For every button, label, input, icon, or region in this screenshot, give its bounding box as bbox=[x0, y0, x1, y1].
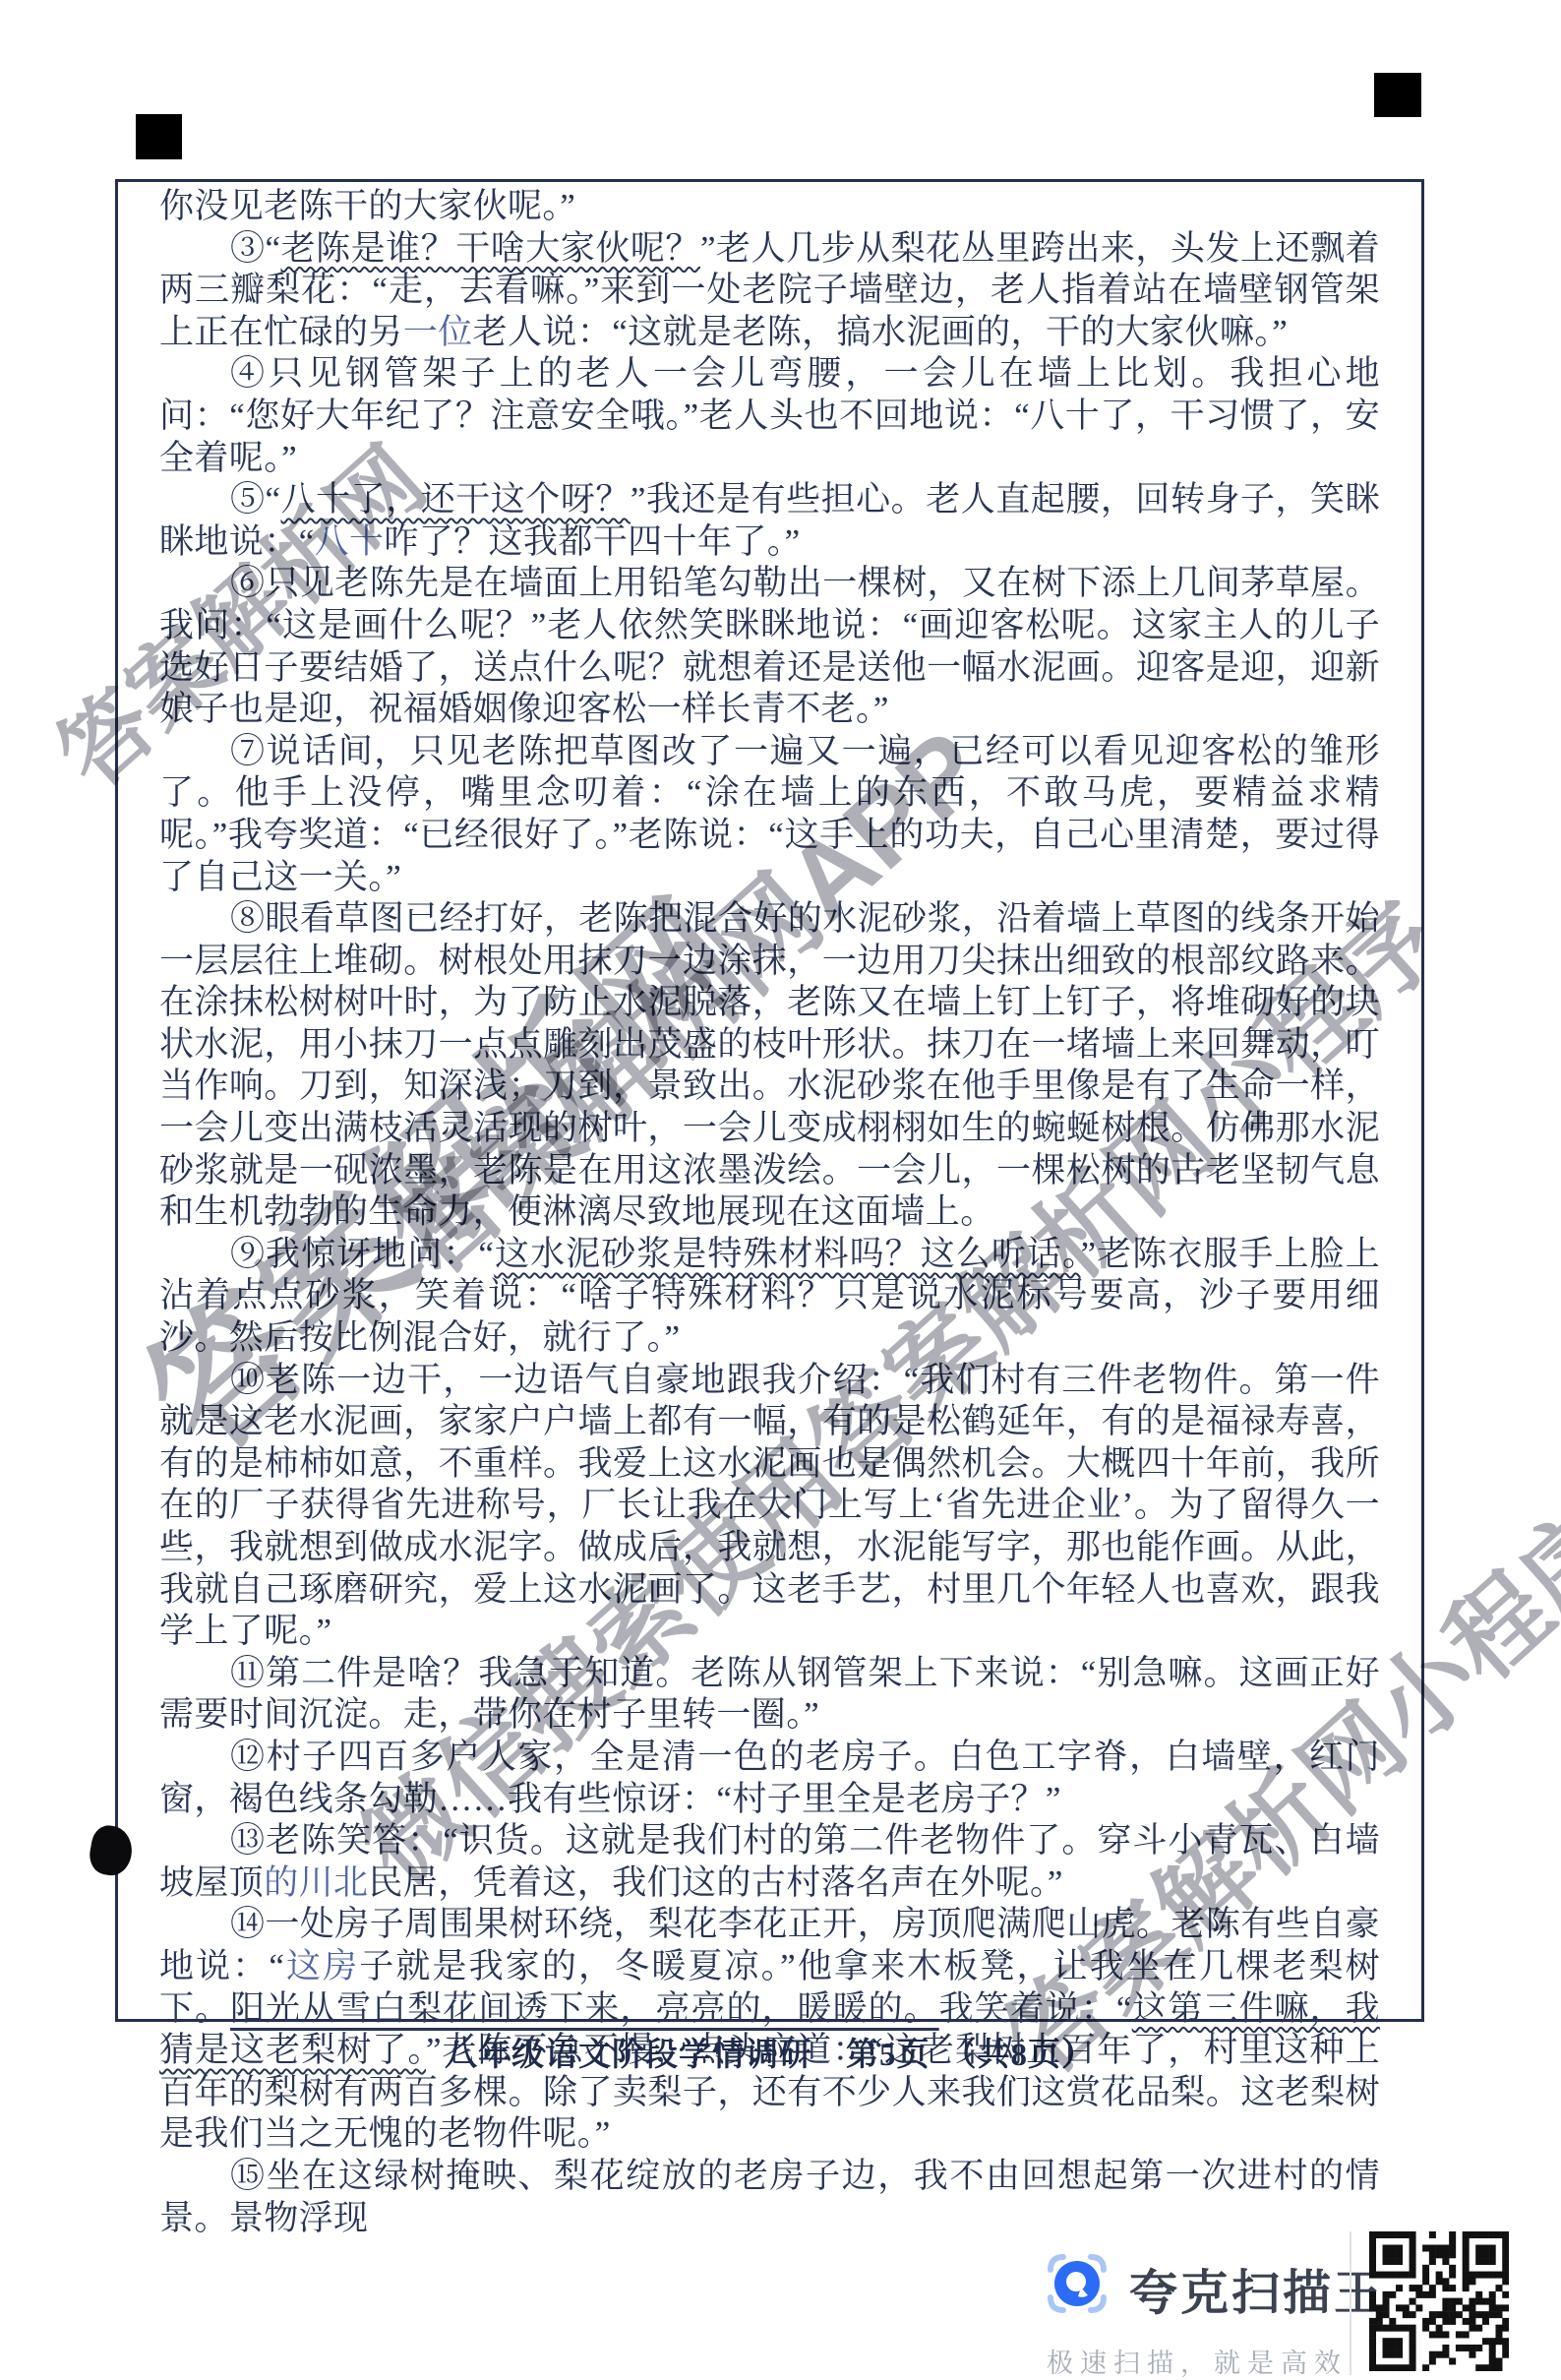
passage-paragraph: ⑦说话间，只见老陈把草图改了一遍又一遍，已经可以看见迎客松的雏形了。他手上没停，… bbox=[159, 731, 1380, 898]
brand-tagline: 极速扫描，就是高效 bbox=[1047, 2342, 1348, 2380]
passage-paragraph: ⑮坐在这绿树掩映、梨花绽放的老房子边，我不由回想起第一次进村的情景。景物浮现 bbox=[159, 2156, 1380, 2239]
passage-paragraph: ⑤“八十了，还干这个呀？”我还是有些担心。老人直起腰，回转身子，笑眯眯地说：“八… bbox=[159, 479, 1380, 563]
exam-title: 八年级语文阶段学情调研 bbox=[445, 2038, 812, 2073]
passage-paragraph: ⑫村子四百多户人家，全是清一色的老房子。白色工字脊，白墙壁，红门窗，褐色线条勾勒… bbox=[159, 1737, 1380, 1820]
passage-paragraph: ⑩老陈一边干，一边语气自豪地跟我介绍：“我们村有三件老物件。第一件就是这老水泥画… bbox=[159, 1360, 1380, 1653]
passage-paragraph: ⑪第二件是啥？我急于知道。老陈从钢管架上下来说：“别急嘛。这画正好需要时间沉淀。… bbox=[159, 1653, 1380, 1737]
passage-paragraph: 你没见老陈干的大家伙呢。” bbox=[159, 186, 1380, 228]
brand-divider bbox=[1350, 2231, 1351, 2375]
passage-paragraph: ⑧眼看草图已经打好，老陈把混合好的水泥砂浆，沿着墙上草图的线条开始一层层往上堆砌… bbox=[159, 898, 1380, 1234]
passage: 你没见老陈干的大家伙呢。”③“老陈是谁？干啥大家伙呢？”老人几步从梨花丛里跨出来… bbox=[159, 186, 1380, 2239]
quark-scanner-logo-icon bbox=[1041, 2247, 1113, 2320]
passage-paragraph: ③“老陈是谁？干啥大家伙呢？”老人几步从梨花丛里跨出来，头发上还飘着两三瓣梨花：… bbox=[159, 228, 1380, 354]
page-number: 第5页 bbox=[846, 2038, 931, 2073]
passage-paragraph: ⑥只见老陈先是在墙面上用铅笔勾勒出一棵树，又在树下添上几间茅草屋。我问：“这是画… bbox=[159, 563, 1380, 730]
pages-total: （共8页） bbox=[944, 2038, 1096, 2073]
passage-paragraph: ④只见钢管架子上的老人一会儿弯腰，一会儿在墙上比划。我担心地问：“您好大年纪了？… bbox=[159, 353, 1380, 479]
brand-name: 夸克扫描王 bbox=[1129, 2255, 1385, 2324]
registration-square-left bbox=[136, 114, 182, 159]
registration-square-right bbox=[1374, 73, 1421, 117]
qr-code bbox=[1369, 2231, 1509, 2371]
passage-paragraph: ⑨我惊讶地问：“这水泥砂浆是特殊材料吗？这么听话。”老陈衣服手上脸上沾着点点砂浆… bbox=[159, 1234, 1380, 1360]
scanned-exam-page: { "watermarks": [ "答案解析网", "答案解析网", "答案解… bbox=[0, 0, 1561, 2380]
passage-paragraph: ⑬老陈笑答：“识货。这就是我们村的第二件老物件了。穿斗小青瓦、白墙坡屋顶的川北民… bbox=[159, 1820, 1380, 1904]
page-footer: 八年级语文阶段学情调研第5页（共8页） bbox=[115, 2029, 1424, 2075]
exam-content-box: 你没见老陈干的大家伙呢。”③“老陈是谁？干啥大家伙呢？”老人几步从梨花丛里跨出来… bbox=[115, 179, 1424, 2022]
